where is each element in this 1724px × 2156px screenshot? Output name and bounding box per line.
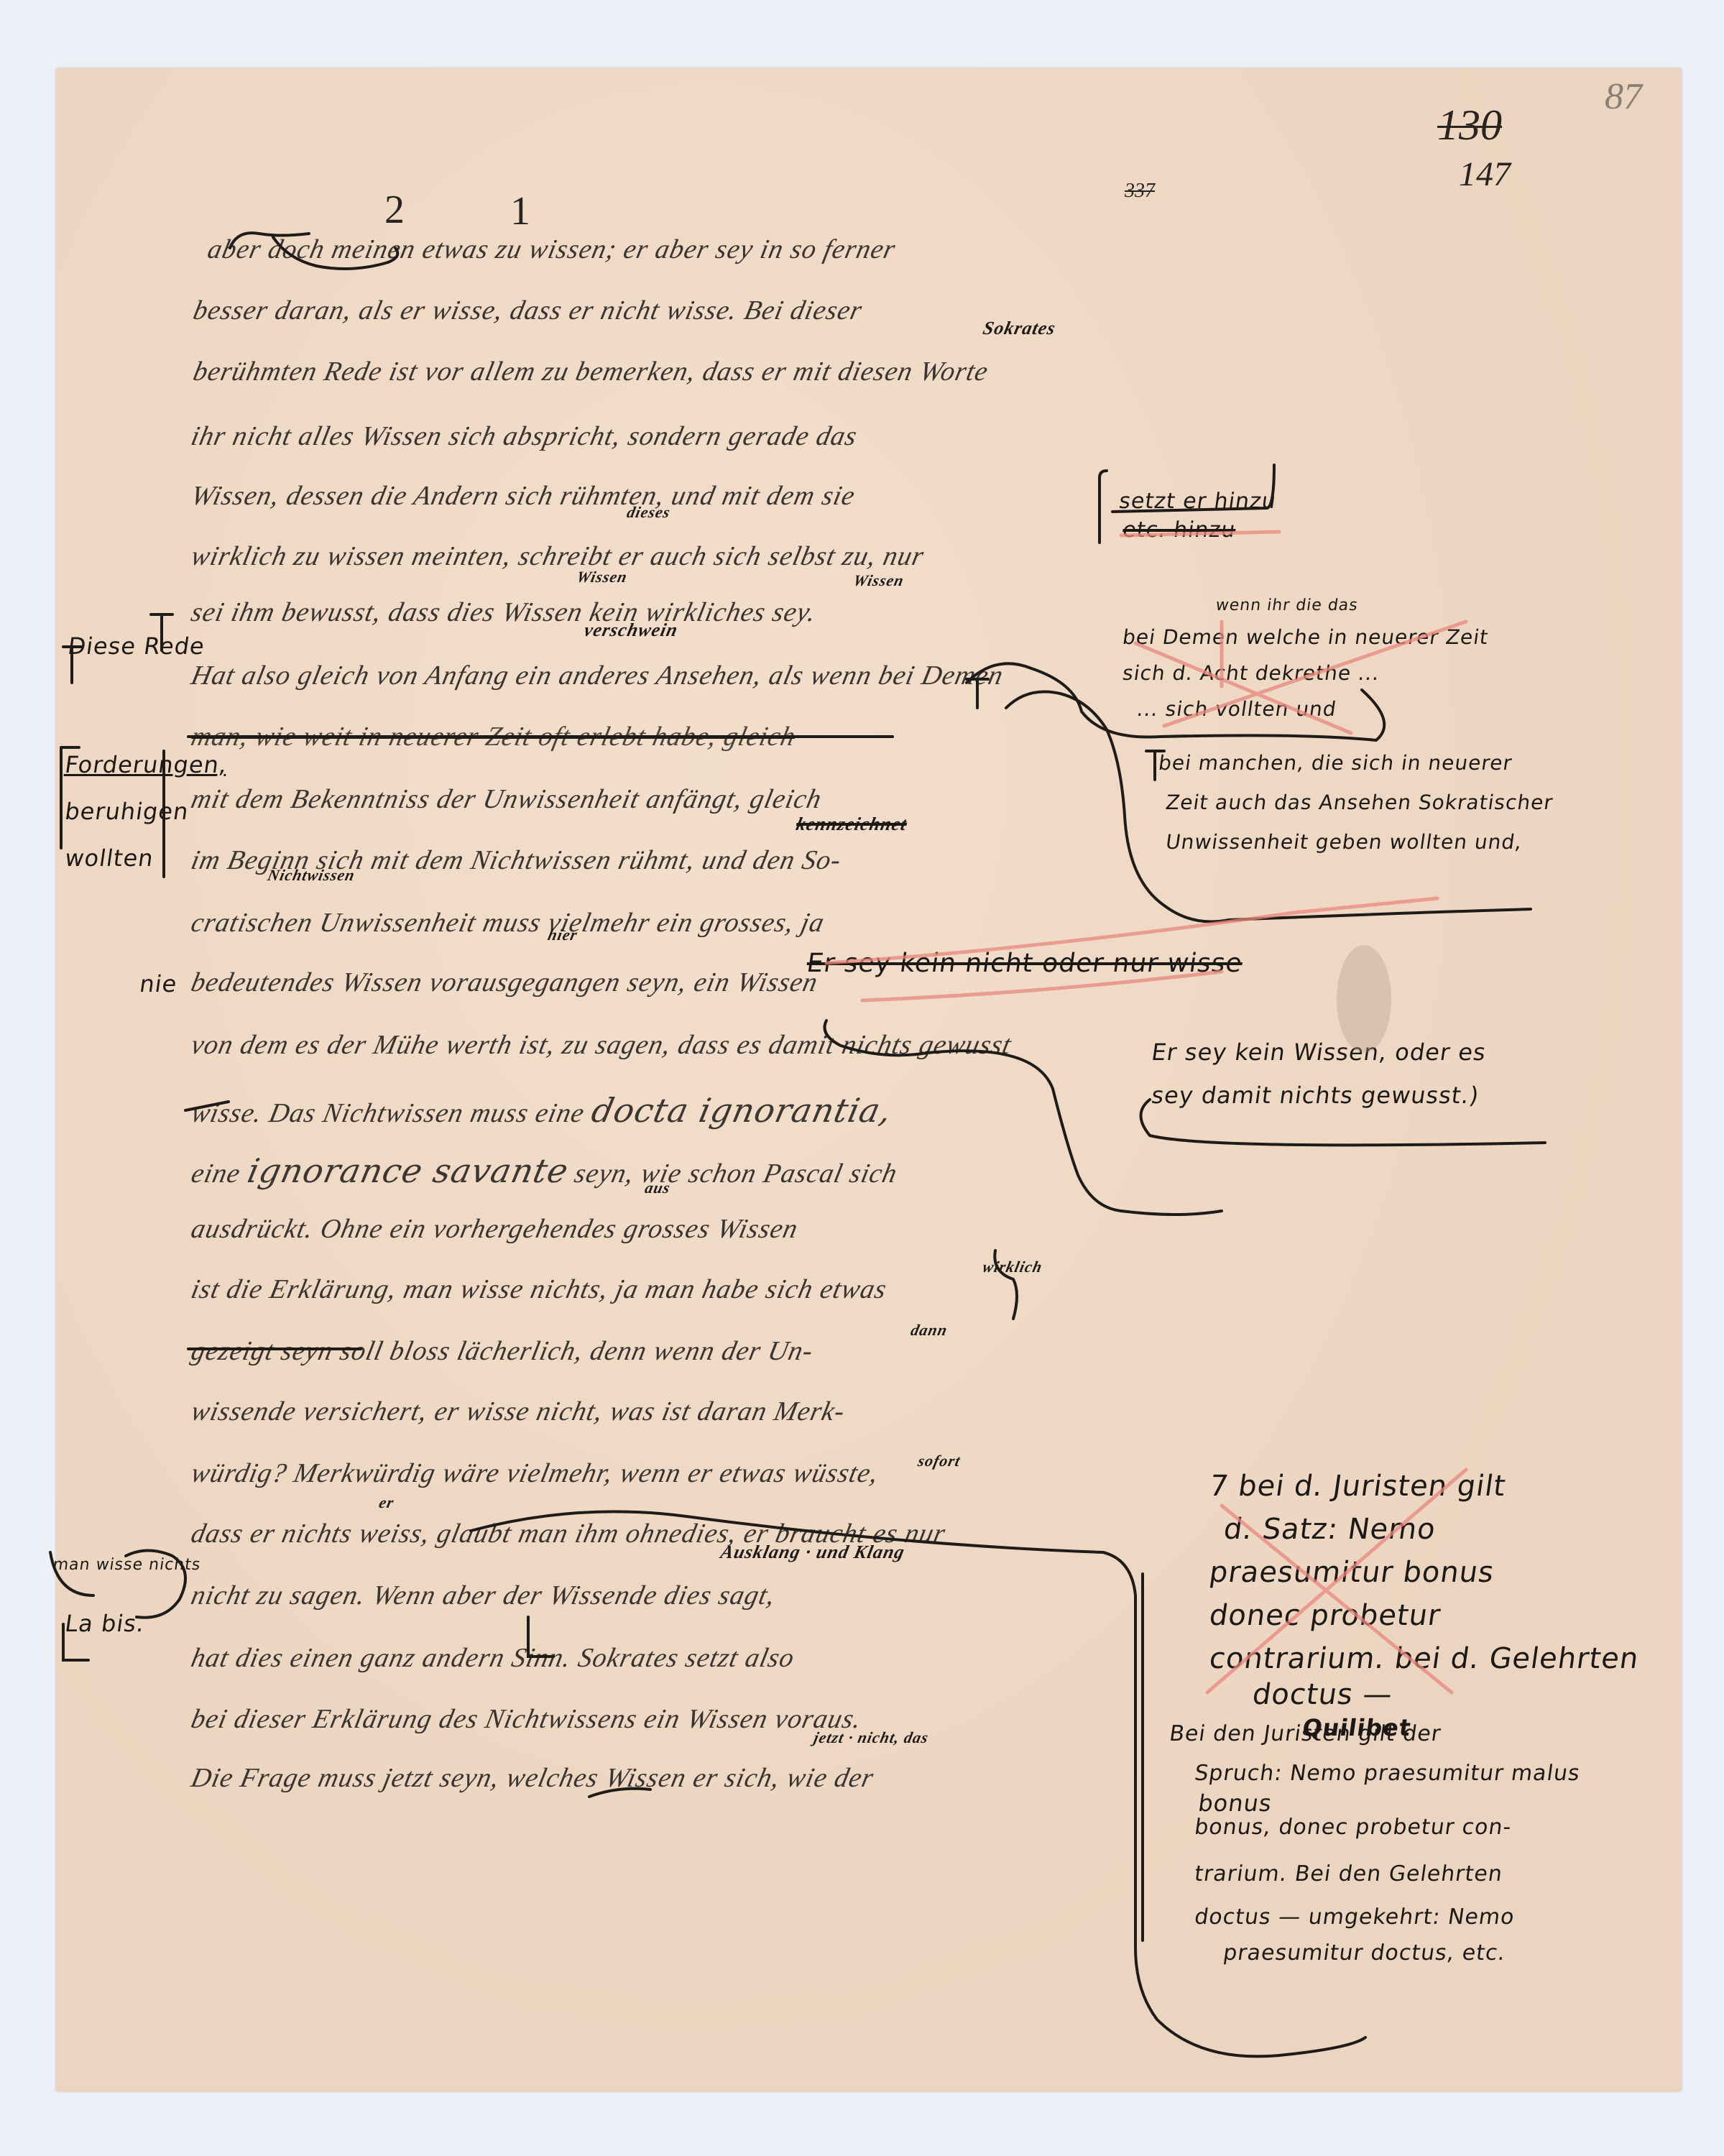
note-line-struck: bei Demen welche in neuerer Zeit [1121,625,1490,649]
text-line: ihr nicht alles Wissen sich abspricht, s… [188,420,860,452]
note-line: contrarium. bei d. Gelehrten [1207,1642,1641,1675]
latin-phrase: docta ignorantia, [589,1091,896,1130]
text-line: besser daran, als er wisse, dass er nich… [190,295,865,326]
text-line: bedeutendes Wissen vorausgegangen seyn, … [188,967,821,998]
insertion: dieses [625,503,672,522]
note-line: bonus, donec probetur con- [1193,1815,1513,1840]
text-line: eine ignorance savante seyn, wie schon P… [188,1151,902,1190]
text-line: bei dieser Erklärung des Nichtwissens ei… [188,1703,865,1735]
note-line: Bei den Juristen gilt der [1168,1721,1443,1746]
struck-line: Er sey kein nicht oder nur wisse [805,949,1245,978]
margin-note: Forderungen, [63,751,229,778]
note-line: Unwissenheit geben wollten und, [1164,830,1524,854]
note-line: sey damit nichts gewusst.) [1150,1082,1481,1109]
insert-number-1: 1 [510,188,530,234]
note-line: d. Satz: Nemo [1222,1513,1438,1546]
boxed-note-struck: etc. hinzu [1121,517,1237,543]
insertion: jetzt · nicht, das [812,1728,931,1747]
insertion: Ausklang · und Klang [719,1542,907,1563]
text-line: sei ihm bewusst, dass dies Wissen kein w… [188,596,819,628]
text-line: Die Frage muss jetzt seyn, welches Wisse… [188,1762,877,1794]
text-line: berühmten Rede ist vor allem zu bemerken… [190,356,992,387]
note-line: doctus — [1250,1678,1395,1711]
folio-new-number: 147 [1459,155,1511,194]
text-line: Hat also gleich von Anfang ein anderes A… [188,660,1006,691]
insertion: hier [546,926,579,944]
text-span: seyn, wie schon Pascal sich [572,1158,900,1189]
text-line: mit dem Bekenntniss der Unwissenheit anf… [188,783,825,815]
note-line: Spruch: Nemo praesumitur malus [1193,1761,1582,1786]
note-line: bei manchen, die sich in neuerer [1157,751,1514,775]
insertion: aus [643,1179,672,1197]
text-line: nicht zu sagen. Wenn aber der Wissende d… [188,1580,778,1611]
note-line-struck: ... sich vollten und [1135,697,1338,721]
note-line: trarium. Bei den Gelehrten [1193,1861,1504,1886]
note-line: wenn ihr die das [1214,596,1360,614]
note-line-struck: sich d. Acht dekrethe ... [1121,661,1381,685]
insertion: bonus [1197,1789,1273,1817]
margin-note: wollten [63,844,155,872]
text-span: wisse. Das Nichtwissen muss eine [188,1098,587,1128]
margin-note: La bis. [63,1610,147,1637]
margin-note: man wisse nichts [52,1556,202,1574]
margin-note: Diese Rede [66,632,207,660]
margin-note: nie [138,970,179,998]
text-line: würdig? Merkwürdig wäre vielmehr, wenn e… [188,1457,882,1489]
insertion: verschwein [582,619,680,641]
text-line: ausdrückt. Ohne ein vorhergehendes gross… [188,1213,801,1245]
note-line: 7 bei d. Juristen gilt [1207,1470,1508,1503]
insertion: wirklich [981,1258,1044,1276]
insertion: Nichtwissen [266,866,357,885]
folio-old-number: 130 [1437,101,1502,150]
note-line: praesumitur doctus, etc. [1222,1940,1508,1966]
boxed-note: setzt er hinzu [1117,489,1278,514]
old-page-number: 337 [1125,180,1155,203]
insertion: sofort [916,1452,962,1470]
text-line-struck: man, wie weit in neuerer Zeit oft erlebt… [188,721,798,752]
note-line: Zeit auch das Ansehen Sokratischer [1164,791,1554,814]
text-line: wirklich zu wissen meinten, schreibt er … [188,540,927,572]
archive-number: 87 [1605,75,1642,118]
text-line: gezeigt seyn soll bloss lächerlich, denn… [188,1335,816,1367]
insertion-struck: kennzeichnet [794,814,909,835]
insertion: Wissen [852,571,906,590]
insertion: Sokrates [981,318,1058,339]
note-line: doctus — umgekehrt: Nemo [1193,1904,1516,1930]
text-line: cratischen Unwissenheit muss vielmehr ei… [188,907,827,939]
insertion: dann [909,1321,949,1340]
note-line: Er sey kein Wissen, oder es [1150,1038,1488,1066]
insertion: Wissen [575,568,630,586]
note-line: donec probetur [1207,1599,1443,1632]
insert-number-2: 2 [384,187,405,233]
margin-note: beruhigen [63,798,190,825]
text-line: wisse. Das Nichtwissen muss eine docta i… [188,1091,895,1130]
text-line: ist die Erklärung, man wisse nichts, ja … [188,1273,890,1305]
text-line: wissende versichert, er wisse nicht, was… [188,1396,848,1427]
text-line: Wissen, dessen die Andern sich rühmten, … [188,480,858,512]
note-line: praesumitur bonus [1207,1556,1496,1589]
text-line: aber doch meinen etwas zu wissen; er abe… [205,234,898,265]
text-line: hat dies einen ganz andern Sinn. Sokrate… [188,1642,798,1674]
text-span: eine [188,1158,243,1189]
text-line: von dem es der Mühe werth ist, zu sagen,… [188,1029,1015,1061]
latin-phrase: ignorance savante [244,1151,572,1190]
